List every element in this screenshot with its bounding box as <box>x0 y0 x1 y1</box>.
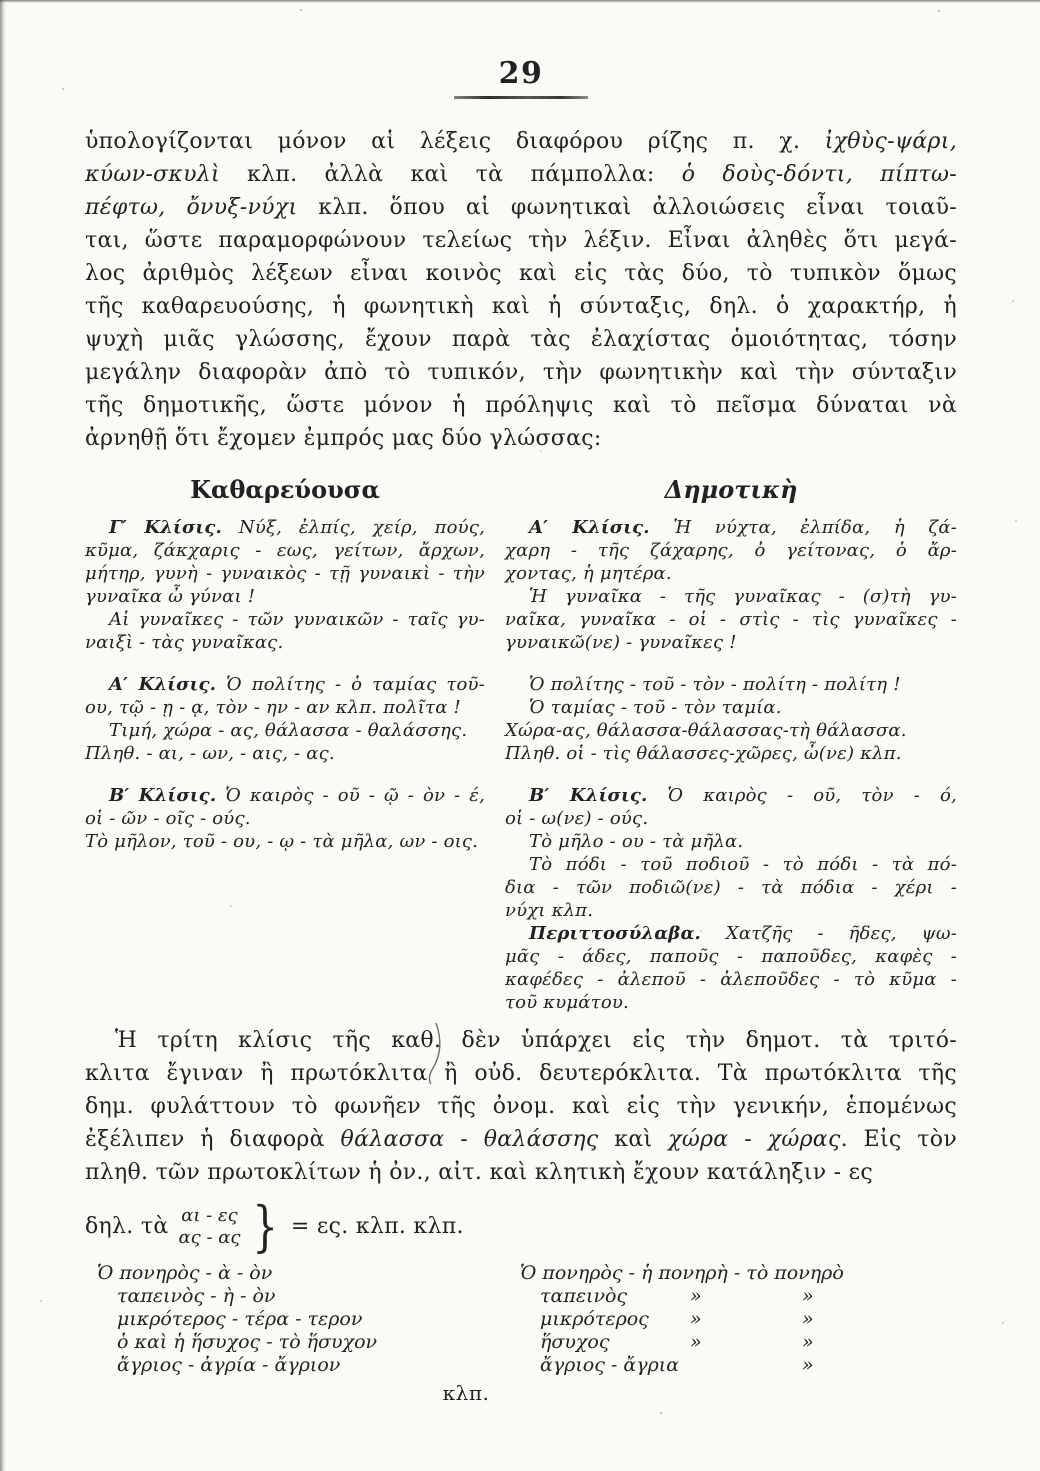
klisis-label: Β′ Κλίσις. <box>529 785 648 806</box>
klisis-label: Γ′ Κλίσις. <box>109 517 222 538</box>
text-line: πληθ. τῶν πρωτοκλίτων ἡ ὀν., αἰτ. καὶ κλ… <box>85 1156 957 1189</box>
text-line: Β′ Κλίσις. Ὁ καιρὸς - οῦ, τὸν - ό, <box>505 784 957 807</box>
page-number: 29 <box>85 56 957 91</box>
text-line: Τὸ μῆλον, τοῦ - ου, - ῳ - τὰ μῆλα, ων - … <box>85 830 485 853</box>
klisis-label: Β′ Κλίσις. <box>109 785 216 806</box>
footer-klp: κλπ. <box>30 1381 902 1405</box>
dimotiki-second-declension-and-perittosyllava: Β′ Κλίσις. Ὁ καιρὸς - οῦ, τὸν - ό,οἱ - ω… <box>505 784 957 1014</box>
text-segment: θάλασσα - θαλάσσης <box>341 1127 599 1152</box>
text-line: ται, ὥστε παραμορφώνουν τελείως τὴν λέξι… <box>85 224 957 257</box>
text-line: Αἱ γυναῖκες - τῶν γυναικῶν - ταῖς γυ- <box>85 608 485 631</box>
klisis-label: Περιττοσύλαβα. <box>529 923 701 944</box>
text-line: Α′ Κλίσις. Ἡ νύχτα, ἐλπίδα, ἡ ζά- <box>505 516 957 539</box>
text-line: ἄγριος - ἀγρία - ἄγριον <box>85 1354 500 1377</box>
text-segment: Ὁ καιρὸς - οῦ, τὸν - ό, <box>648 785 957 806</box>
page-header: 29 <box>85 56 957 99</box>
formula-result: = ες. κλπ. κλπ. <box>291 1214 464 1239</box>
text-line: Τὸ πόδι - τοῦ ποδιοῦ - τὸ πόδι - τὰ πό- <box>505 853 957 876</box>
text-line: κλιτα ἔγιναν ἢ πρωτόκλιτα ἢ οὐδ. δευτερό… <box>85 1057 957 1090</box>
third-declension-paragraph: Ἡ τρίτη κλίσις τῆς καθ. δὲν ὑπάρχει εἰς … <box>85 1024 957 1189</box>
ending-formula-line: δηλ. τὰ αι - ες ας - ας } = ες. κλπ. κλπ… <box>85 1195 957 1258</box>
text-line: μᾶς - άδες, παποῦς - παποῦδες, καφὲς - <box>505 945 957 968</box>
katharevousa-second-declension: Β′ Κλίσις. Ὁ καιρὸς - οῦ - ῷ - ὸν - έ,οἱ… <box>85 784 485 1014</box>
text-line: μικρότερος - τέρα - τερον <box>85 1308 500 1331</box>
column-cell: » <box>802 1331 957 1354</box>
text-line: Χώρα-ας, θάλασσα-θάλασσας-τὴ θάλασσα. <box>505 719 957 742</box>
formula-label: δηλ. τὰ <box>85 1214 168 1239</box>
text-line: ου, τῷ - ῃ - ᾳ, τὸν - ην - αν κλπ. πολῖτ… <box>85 696 485 719</box>
text-line: πέφτω, ὄνυξ-νύχι κλπ. ὅπου αἱ φωνητικαὶ … <box>85 191 957 224</box>
scan-edge-left <box>0 0 6 1471</box>
text-line: δια - τῶν ποδιῶ(νε) - τὰ πόδια - χέρι - <box>505 876 957 899</box>
text-segment: πέφτω, ὄνυξ-νύχι <box>85 195 297 220</box>
text-segment: κύων-σκυλὶ <box>85 162 220 187</box>
text-line: ἀρνηθῇ ὅτι ἔχομεν ἐμπρός μας δύο γλώσσας… <box>85 422 957 455</box>
formula-endings-bottom: ας - ας <box>178 1227 240 1249</box>
text-line: χοντας, ἡ μητέρα. <box>505 562 957 585</box>
column-cell: » <box>802 1285 957 1308</box>
text-line: Τιμή, χώρα - ας, θάλασσα - θαλάσσης. <box>85 719 485 742</box>
text-line: οἱ - ω(νε) - ούς. <box>505 807 957 830</box>
katharevousa-first-declension: Α′ Κλίσις. Ὁ πολίτης - ὁ ταμίας τοῦ-ου, … <box>85 673 485 765</box>
text-line: ὑπολογίζονται μόνον αἱ λέξεις διαφόρου ρ… <box>85 125 957 158</box>
text-line: Ὁ ταμίας - τοῦ - τὸν ταμία. <box>505 696 957 719</box>
text-line: χαρη - τῆς ζάχαρης, ὁ γείτονας, ὁ ἄρ- <box>505 539 957 562</box>
text-segment: κλπ. ὅπου αἱ φωνητικαὶ ἀλλοιώσεις εἶναι … <box>297 195 957 220</box>
text-line: Ὁ πονηρὸς - ἡ πονηρὴ - τὸ πονηρὸ <box>508 1262 957 1285</box>
text-segment: χώρα - χώρας <box>668 1127 840 1152</box>
column-cell <box>690 1354 802 1377</box>
text-segment: καὶ <box>599 1127 669 1152</box>
text-line: γυναικῶ(νε) - γυναῖκες ! <box>505 631 957 654</box>
formula-endings-stack: αι - ες ας - ας <box>178 1205 240 1249</box>
book-page-scan: 29 ὑπολογίζονται μόνον αἱ λέξεις διαφόρο… <box>0 0 1040 1471</box>
text-line: λος ἀριθμὸς λέξεων εἶναι κοινὸς καὶ εἰς … <box>85 257 957 290</box>
dimotiki-first-declension-examples: Ὁ πολίτης - τοῦ - τὸν - πολίτη - πολίτη … <box>505 673 957 765</box>
intro-paragraph: ὑπολογίζονται μόνον αἱ λέξεις διαφόρου ρ… <box>85 125 957 455</box>
adjectives-katharevousa: Ὁ πονηρὸς - ὰ - ὸνταπεινὸς - ὴ - ὸνμικρό… <box>85 1262 500 1377</box>
text-line: Α′ Κλίσις. Ὁ πολίτης - ὁ ταμίας τοῦ- <box>85 673 485 696</box>
text-segment: Ὁ πολίτης - ὁ ταμίας τοῦ- <box>216 674 485 695</box>
page-content: 29 ὑπολογίζονται μόνον αἱ λέξεις διαφόρο… <box>85 0 957 1405</box>
column-cell: ἥσυχος <box>540 1331 690 1354</box>
text-line: τῆς δημοτικῆς, ὥστε μόνον ἡ πρόληψις καὶ… <box>85 389 957 422</box>
scan-specks <box>0 0 2 2</box>
text-segment: Χατζῆς - ῆδες, ψω- <box>701 923 957 944</box>
text-line: τῆς καθαρευούσης, ἡ φωνητικὴ καὶ ἡ σύντα… <box>85 290 957 323</box>
text-line: Ὁ πολίτης - τοῦ - τὸν - πολίτη - πολίτη … <box>505 673 957 696</box>
text-line: Πληθ. - αι, - ων, - αις, - ας. <box>85 742 485 765</box>
text-line: Ἡ τρίτη κλίσις τῆς καθ. δὲν ὑπάρχει εἰς … <box>85 1024 957 1057</box>
text-segment: Ἡ νύχτα, ἐλπίδα, ἡ ζά- <box>650 517 957 538</box>
column-cell: ταπεινὸς <box>540 1285 690 1308</box>
text-line: ἥσυχος»» <box>508 1331 957 1354</box>
text-line: ἄγριος - ἄγρια» <box>508 1354 957 1377</box>
text-line: ναιξὶ - τὰς γυναῖκας. <box>85 631 485 654</box>
text-line: τοῦ κυμάτου. <box>505 991 957 1014</box>
text-line: Πληθ. οἱ - τὶς θάλασσες-χῶρες, ὦ(νε) κλπ… <box>505 742 957 765</box>
text-line: μήτηρ, γυνὴ - γυναικὸς - τῇ γυναικὶ - τὴ… <box>85 562 485 585</box>
text-segment: ἰχθὺς-ψάρι, <box>825 129 957 154</box>
text-line: ἐξέλιπεν ἡ διαφορὰ θάλασσα - θαλάσσης κα… <box>85 1123 957 1156</box>
text-segment: ἐξέλιπεν ἡ διαφορὰ <box>85 1127 341 1152</box>
text-line: οἱ - ῶν - οῖς - ούς. <box>85 807 485 830</box>
column-header-katharevousa: Καθαρεύουσα <box>85 475 485 504</box>
column-headers: Καθαρεύουσα Δημοτικὴ <box>85 475 957 504</box>
dimotiki-first-declension: Α′ Κλίσις. Ἡ νύχτα, ἐλπίδα, ἡ ζά-χαρη - … <box>505 516 957 654</box>
text-segment: ὁ δοὺς-δόντι, πίπτω- <box>682 162 957 187</box>
text-line: κύων-σκυλὶ κλπ. ἀλλὰ καὶ τὰ πάμπολλα: ὁ … <box>85 158 957 191</box>
text-segment: . Εἰς τὸν <box>841 1127 957 1152</box>
formula-brace-glyph: } <box>253 1195 279 1258</box>
text-line: νύχι κλπ. <box>505 899 957 922</box>
text-line: μικρότερος»» <box>508 1308 957 1331</box>
text-line: Περιττοσύλαβα. Χατζῆς - ῆδες, ψω- <box>505 922 957 945</box>
text-line: δημ. φυλάττουν τὸ φωνῆεν τῆς ὀνομ. καὶ ε… <box>85 1090 957 1123</box>
text-segment: Ὁ καιρὸς - οῦ - ῷ - ὸν - έ, <box>216 785 485 806</box>
formula-endings-top: αι - ες <box>181 1205 237 1227</box>
text-line: ναῖκα, γυναῖκα - οἱ - στὶς - τὶς γυναῖκε… <box>505 608 957 631</box>
text-line: μεγάλην διαφορὰν ἀπὸ τὸ τυπικόν, τὴν φων… <box>85 356 957 389</box>
column-cell: » <box>802 1308 957 1331</box>
column-cell: » <box>690 1331 802 1354</box>
page-number-rule <box>454 96 588 99</box>
column-cell: ἄγριος - ἄγρια <box>540 1354 690 1377</box>
column-cell: μικρότερος <box>540 1308 690 1331</box>
text-line: Ἡ γυναῖκα - τῆς γυναῖκας - (σ)τὴ γυ- <box>505 585 957 608</box>
declension-comparison-table: Γ′ Κλίσις. Νύξ, ἐλπίς, χείρ, πούς,κῦμα, … <box>85 516 957 1014</box>
column-cell: » <box>690 1285 802 1308</box>
text-line: γυναῖκα ὦ γύναι ! <box>85 585 485 608</box>
text-line: Β′ Κλίσις. Ὁ καιρὸς - οῦ - ῷ - ὸν - έ, <box>85 784 485 807</box>
text-segment: κλπ. ἀλλὰ καὶ τὰ πάμπολλα: <box>220 162 682 187</box>
adjectives-dimotiki: Ὁ πονηρὸς - ἡ πονηρὴ - τὸ πονηρὸταπεινὸς… <box>508 1262 957 1377</box>
text-line: ταπεινὸς - ὴ - ὸν <box>85 1285 500 1308</box>
text-line: Ὁ πονηρὸς - ὰ - ὸν <box>85 1262 500 1285</box>
klisis-label: Α′ Κλίσις. <box>529 517 650 538</box>
text-line: κῦμα, ζάκχαρις - εως, γείτων, ἄρχων, <box>85 539 485 562</box>
katharevousa-third-declension: Γ′ Κλίσις. Νύξ, ἐλπίς, χείρ, πούς,κῦμα, … <box>85 516 485 654</box>
column-cell: » <box>802 1354 957 1377</box>
text-line: ταπεινὸς»» <box>508 1285 957 1308</box>
column-header-dimotiki: Δημοτικὴ <box>505 475 957 504</box>
text-segment: ὑπολογίζονται μόνον αἱ λέξεις διαφόρου ρ… <box>85 129 825 154</box>
text-line: Γ′ Κλίσις. Νύξ, ἐλπίς, χείρ, πούς, <box>85 516 485 539</box>
text-line: ψυχὴ μιᾶς γλώσσης, ἔχουν παρὰ τὰς ἐλαχίσ… <box>85 323 957 356</box>
text-line: Τὸ μῆλο - ου - τὰ μῆλα. <box>505 830 957 853</box>
text-line: ὁ καὶ ἡ ἥσυχος - τὸ ἥσυχον <box>85 1331 500 1354</box>
text-line: καφέδες - ἀλεποῦ - ἀλεποῦδες - τὸ κῦμα - <box>505 968 957 991</box>
adjective-examples: Ὁ πονηρὸς - ὰ - ὸνταπεινὸς - ὴ - ὸνμικρό… <box>85 1262 957 1377</box>
column-cell: » <box>690 1308 802 1331</box>
klisis-label: Α′ Κλίσις. <box>109 674 216 695</box>
text-segment: Νύξ, ἐλπίς, χείρ, πούς, <box>222 517 485 538</box>
